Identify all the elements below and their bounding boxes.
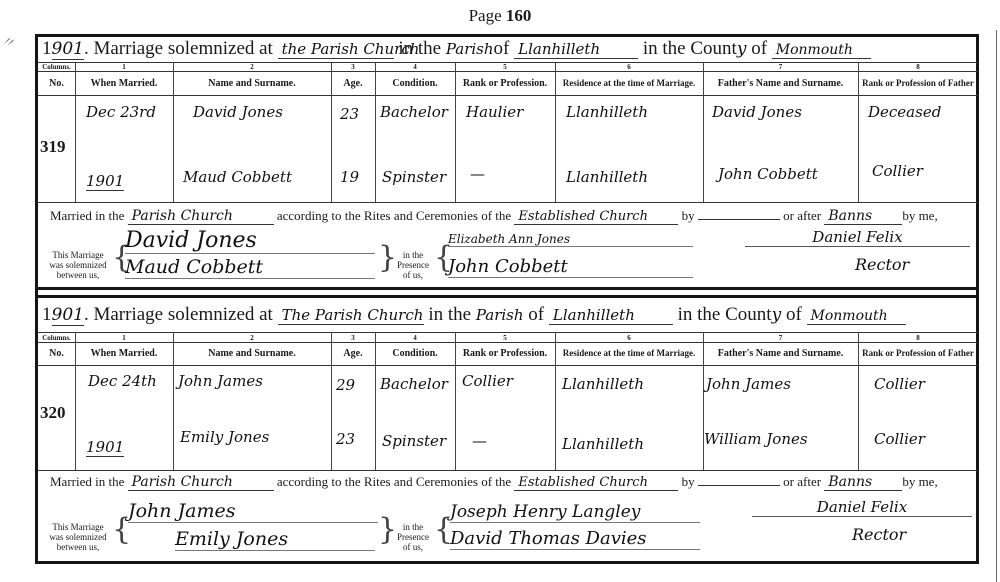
groom-father-rank: Deceased (868, 103, 941, 121)
witness-1: Joseph Henry Langley (450, 502, 700, 523)
district-field: Llanhilleth (549, 306, 673, 325)
header-name: Name and Surname. (173, 348, 331, 359)
bride-name: Maud Cobbett (183, 168, 292, 186)
groom-father-rank: Collier (874, 375, 925, 393)
bride-rank: — (470, 165, 485, 183)
groom-name: John James (178, 372, 263, 390)
header-father-rank: Rank or Profession of Father (858, 348, 978, 358)
header-rank: Rank or Profession. (455, 78, 555, 89)
header-condition: Condition. (375, 78, 455, 89)
groom-condition: Bachelor (380, 375, 448, 393)
bride-name: Emily Jones (180, 428, 269, 446)
bride-signature: Emily Jones (175, 528, 375, 551)
header-father: Father's Name and Surname. (703, 348, 858, 359)
bride-residence: Llanhilleth (562, 435, 644, 453)
county-field: Monmouth (772, 42, 871, 59)
groom-signature: John James (128, 500, 378, 523)
presence-label: in thePresenceof us, (392, 522, 434, 552)
marriage-date: Dec 23rd (86, 103, 156, 121)
entry-number: 320 (40, 403, 66, 423)
header-rank: Rank or Profession. (455, 348, 555, 359)
marriage-year: 1901 (86, 172, 124, 191)
bride-age: 23 (336, 430, 355, 448)
officiant-title: Rector (855, 255, 909, 274)
groom-father: John James (706, 375, 791, 393)
between-us-label: This Marriagewas solemnizedbetween us, (44, 522, 112, 552)
header-age: Age. (331, 78, 375, 89)
entry-title: 1901. Marriage solemnized at The Parish … (42, 304, 906, 326)
header-father-rank: Rank or Profession of Father (858, 78, 978, 88)
married-in-line: Married in the Parish Church according t… (50, 208, 938, 225)
witness-2: David Thomas Davies (450, 528, 700, 550)
entry-number: 319 (40, 137, 66, 157)
groom-father: David Jones (712, 103, 802, 121)
bride-father-rank: Collier (872, 162, 923, 180)
entry-title: 1901. Marriage solemnized at the Parish … (42, 38, 871, 60)
page-number: Page 160 (0, 6, 1000, 26)
bride-condition: Spinster (382, 432, 446, 450)
bride-signature: Maud Cobbett (125, 256, 375, 279)
page-edge (996, 30, 997, 582)
groom-age: 29 (336, 376, 355, 394)
groom-age: 23 (340, 105, 359, 123)
bride-condition: Spinster (382, 168, 446, 186)
groom-rank: Haulier (466, 103, 523, 121)
groom-residence: Llanhilleth (566, 103, 648, 121)
presence-label: in thePresenceof us, (392, 250, 434, 280)
county-field: Monmouth (807, 308, 906, 325)
header-residence: Residence at the time of Marriage. (555, 348, 703, 358)
header-condition: Condition. (375, 348, 455, 359)
district-field: Llanhilleth (514, 40, 638, 59)
groom-rank: Collier (462, 372, 513, 390)
header-when: When Married. (75, 348, 173, 359)
witness-1: Elizabeth Ann Jones (448, 232, 693, 247)
marriage-year: 1901 (86, 438, 124, 457)
witness-2: John Cobbett (448, 256, 693, 278)
officiant-signature: Daniel Felix (752, 498, 972, 517)
bride-age: 19 (340, 168, 359, 186)
groom-condition: Bachelor (380, 103, 448, 121)
header-no: No. (38, 78, 75, 89)
place-field: The Parish Church (278, 306, 424, 325)
between-us-label: This Marriagewas solemnizedbetween us, (44, 250, 112, 280)
bride-rank: — (472, 432, 487, 450)
header-when: When Married. (75, 78, 173, 89)
groom-residence: Llanhilleth (562, 375, 644, 393)
header-father: Father's Name and Surname. (703, 78, 858, 89)
place-field: the Parish Church (278, 40, 394, 59)
header-residence: Residence at the time of Marriage. (555, 78, 703, 88)
groom-signature: David Jones (125, 228, 375, 254)
bride-father: John Cobbett (718, 165, 818, 183)
marriage-date: Dec 24th (88, 372, 157, 390)
groom-name: David Jones (193, 103, 283, 121)
married-in-line: Married in the Parish Church according t… (50, 474, 938, 491)
header-no: No. (38, 348, 75, 359)
header-age: Age. (331, 348, 375, 359)
bride-residence: Llanhilleth (566, 168, 648, 186)
bride-father-rank: Collier (874, 430, 925, 448)
header-name: Name and Surname. (173, 78, 331, 89)
officiant-title: Rector (852, 525, 906, 544)
bride-father: William Jones (704, 430, 808, 448)
margin-mark: 〃 (0, 30, 20, 54)
officiant-signature: Daniel Felix (745, 228, 970, 247)
